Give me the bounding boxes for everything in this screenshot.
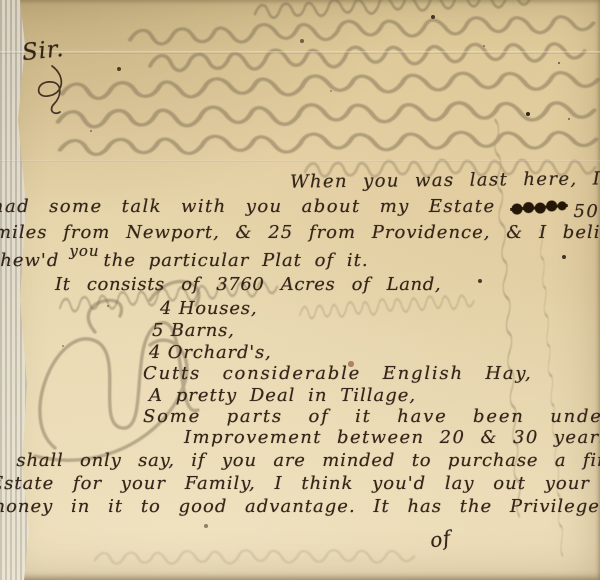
list-item-hay: Cutts considerable English Hay, — [143, 363, 533, 384]
letter-line-parts: Some parts of it have been under — [143, 406, 600, 427]
manuscript-page: Sir. When you was last here, I had some … — [0, 0, 600, 580]
letter-line-closing3: money in it to good advantage. It has th… — [0, 496, 600, 517]
letter-line-opening: When you was last here, I — [290, 168, 600, 192]
inserted-word-you: you — [69, 242, 99, 260]
list-item-tillage: A pretty Deal in Tillage, — [149, 385, 416, 406]
list-item-barns: 5 Barns, — [152, 320, 235, 341]
fold-crease-faint — [0, 160, 600, 162]
miles-number: 50 — [574, 201, 600, 222]
letter-line-talk: had some talk with you about my Estate50 — [0, 196, 599, 217]
letter-line-miles: miles from Newport, & 25 from Providence… — [0, 222, 600, 243]
plat-text: the particular Plat of it. — [104, 250, 369, 271]
list-item-orchards: 4 Orchard's, — [149, 342, 272, 363]
salutation-flourish — [26, 60, 106, 130]
foxing-specks — [0, 0, 2, 2]
fold-crease — [0, 51, 600, 54]
list-item-houses: 4 Houses, — [160, 298, 257, 319]
letter-line-consists: It consists of 3760 Acres of Land, — [55, 274, 441, 295]
shewd-text: shew'd — [0, 250, 59, 271]
scribbled-out-word — [509, 199, 568, 216]
letter-line-closing1: I shall only say, if you are minded to p… — [0, 450, 600, 471]
letter-line-improvement: Improvement between 20 & 30 years. — [184, 427, 600, 448]
letter-line-plat: shew'dyouthe particular Plat of it. — [0, 250, 369, 271]
catchword: of — [428, 526, 452, 553]
salutation: Sir. — [21, 36, 66, 66]
talk-text: had some talk with you about my Estate — [0, 196, 496, 217]
letter-line-closing2: Estate for your Family, I think you'd la… — [0, 473, 590, 494]
